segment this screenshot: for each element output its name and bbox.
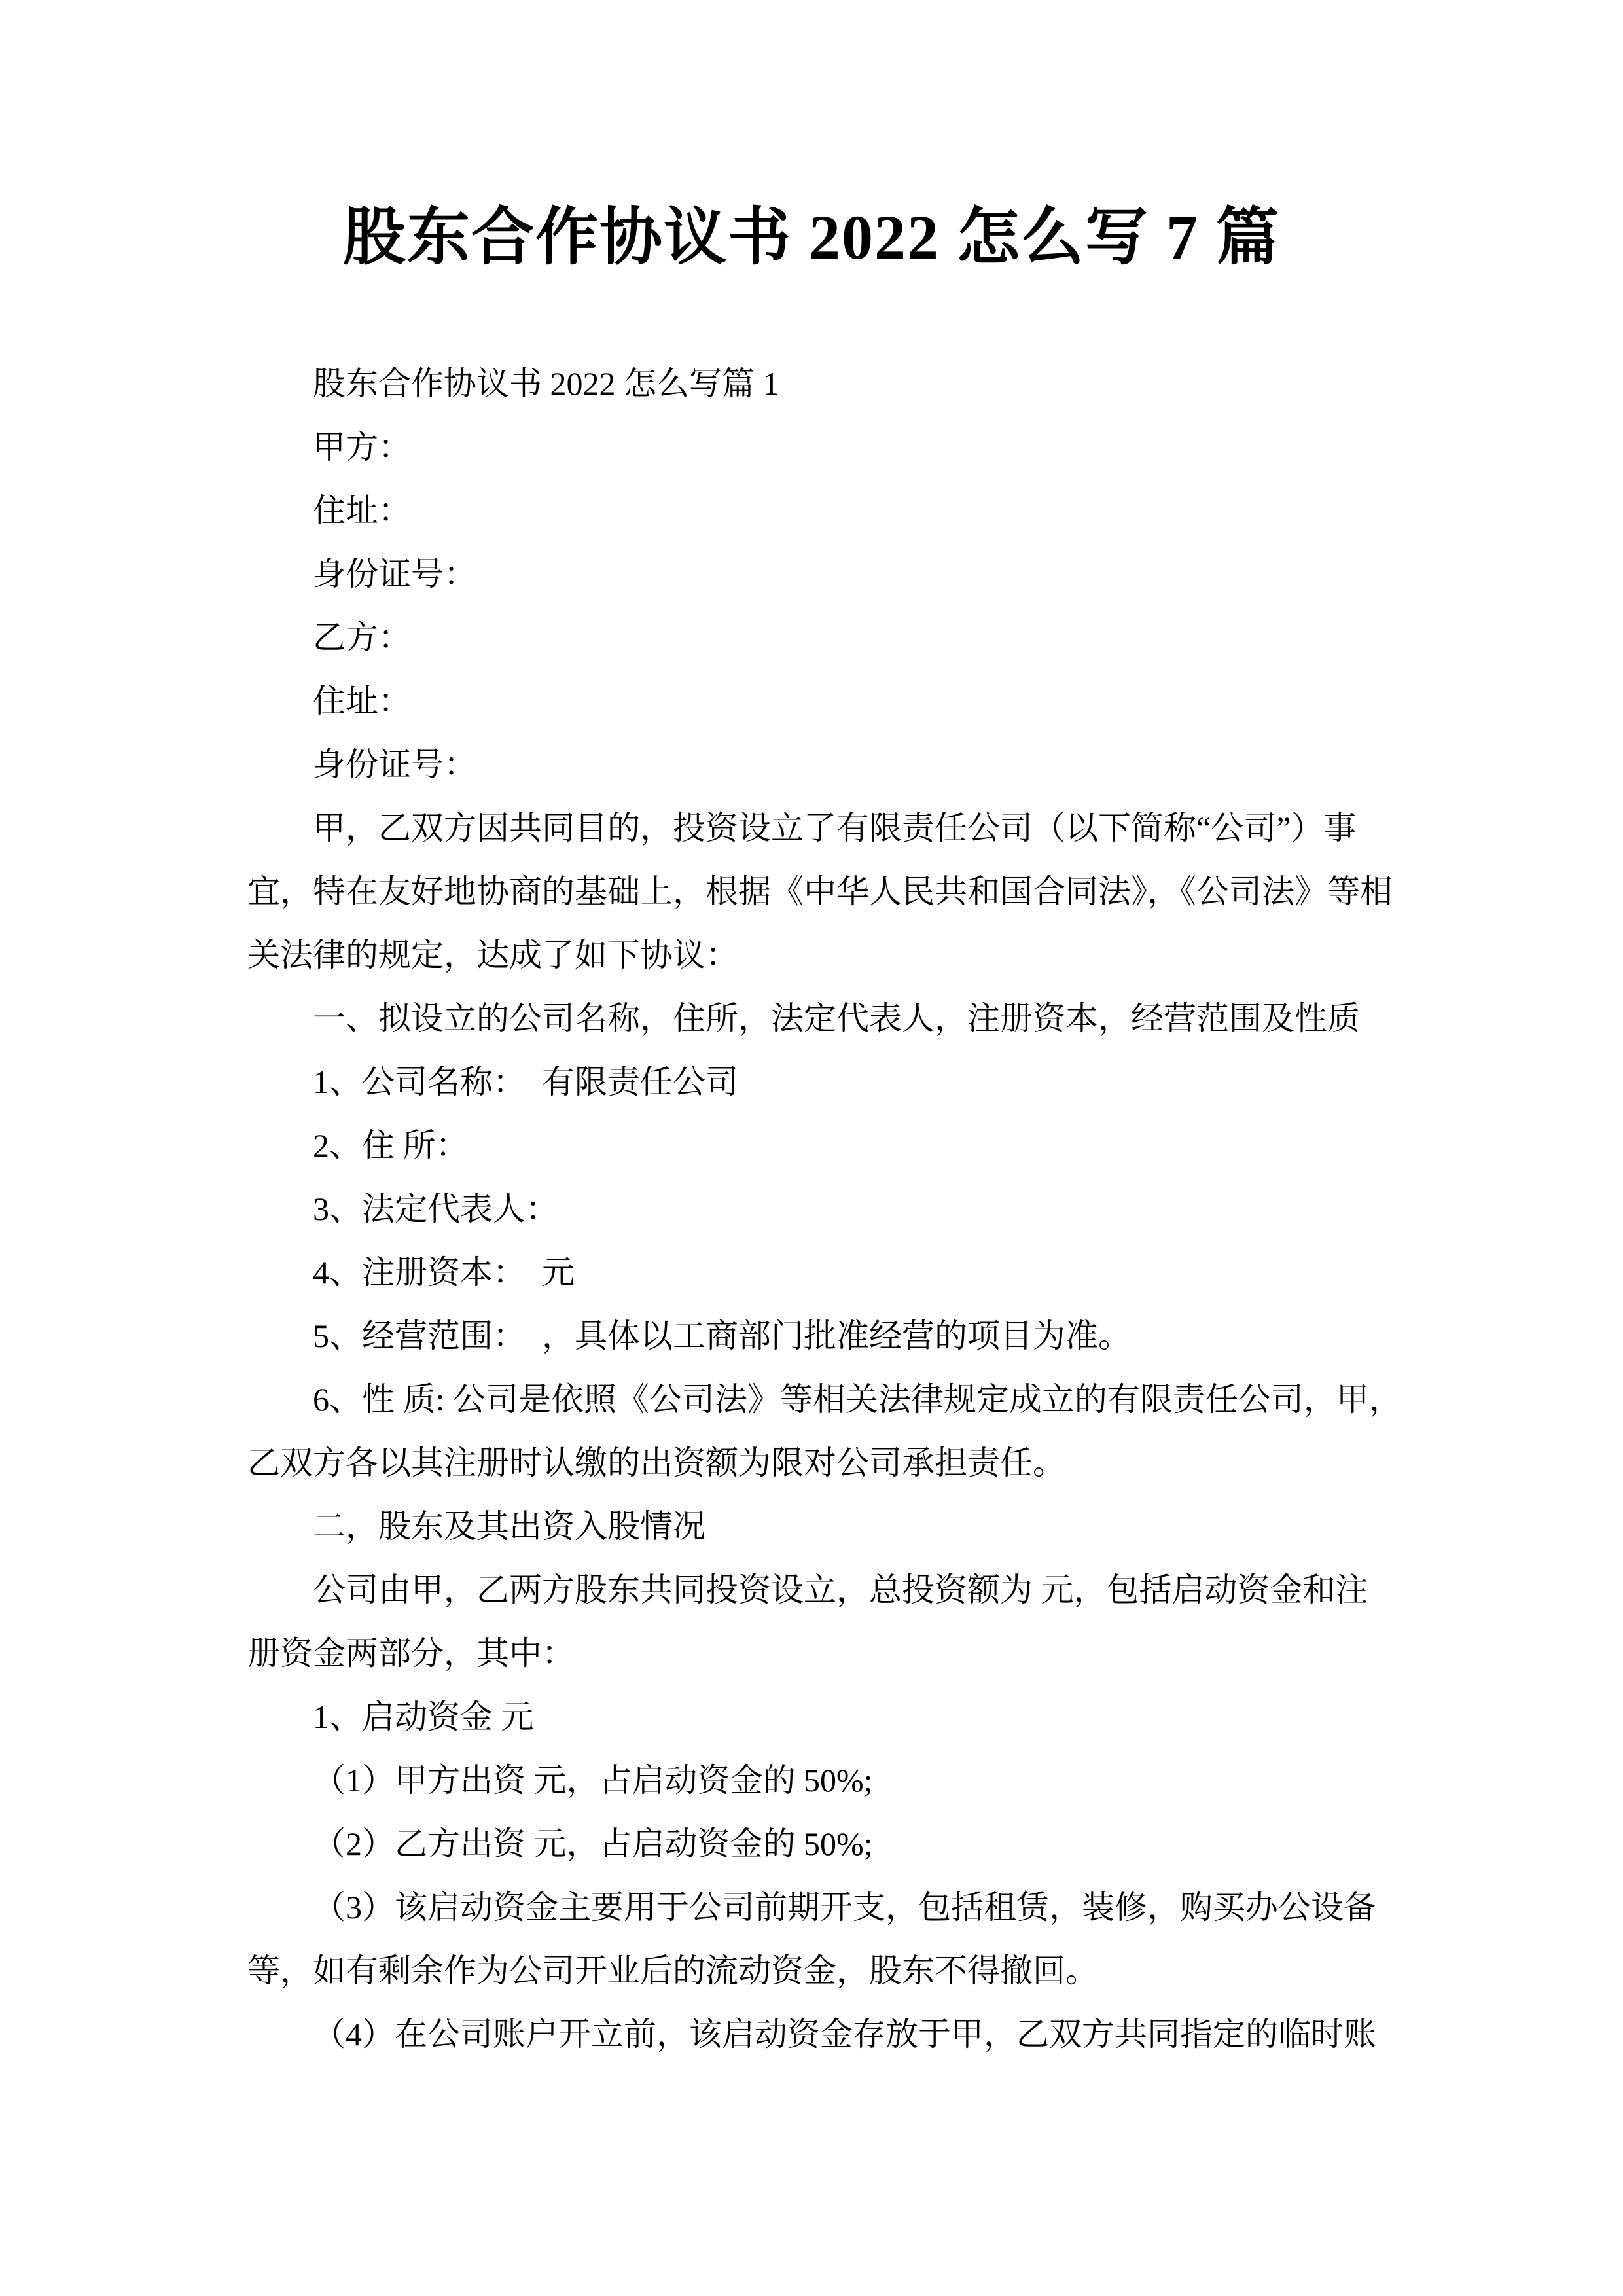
text-line: 3、法定代表人：: [247, 1177, 1399, 1241]
text-line: 住址：: [247, 479, 1399, 543]
text-line: 住址：: [247, 670, 1399, 733]
text-line: （2）乙方出资 元，占启动资金的 50%;: [247, 1812, 1399, 1876]
text-line: （1）甲方出资 元，占启动资金的 50%;: [247, 1749, 1399, 1812]
text-line: 甲方：: [247, 416, 1399, 479]
text-line: 股东合作协议书 2022 怎么写篇 1: [247, 352, 1399, 416]
text-line: 乙方：: [247, 606, 1399, 670]
text-line: 二，股东及其出资入股情况: [247, 1495, 1399, 1558]
text-line: 册资金两部分，其中：: [247, 1622, 1399, 1685]
text-line: 1、启动资金 元: [247, 1685, 1399, 1749]
text-line: 宜，特在友好地协商的基础上，根据《中华人民共和国合同法》，《公司法》等相: [247, 860, 1399, 924]
text-line: 身份证号：: [247, 543, 1399, 606]
text-line: 身份证号：: [247, 733, 1399, 797]
text-line: 5、经营范围： ，具体以工商部门批准经营的项目为准。: [247, 1304, 1399, 1368]
text-line: 乙双方各以其注册时认缴的出资额为限对公司承担责任。: [247, 1431, 1399, 1495]
text-line: （4）在公司账户开立前，该启动资金存放于甲，乙双方共同指定的临时账: [247, 2003, 1399, 2066]
document-title: 股东合作协议书 2022 怎么写 7 篇: [0, 188, 1623, 287]
text-line: 6、性 质: 公司是依照《公司法》等相关法律规定成立的有限责任公司，甲，: [247, 1368, 1399, 1431]
text-line: 关法律的规定，达成了如下协议：: [247, 924, 1399, 987]
document-body: 股东合作协议书 2022 怎么写篇 1甲方：住址：身份证号：乙方：住址：身份证号…: [247, 352, 1399, 2066]
text-line: 等，如有剩余作为公司开业后的流动资金，股东不得撤回。: [247, 1939, 1399, 2003]
document-page: 股东合作协议书 2022 怎么写 7 篇 股东合作协议书 2022 怎么写篇 1…: [0, 0, 1623, 2296]
text-line: （3）该启动资金主要用于公司前期开支，包括租赁，装修，购买办公设备: [247, 1876, 1399, 1939]
text-line: 1、公司名称： 有限责任公司: [247, 1050, 1399, 1114]
text-line: 公司由甲，乙两方股东共同投资设立，总投资额为 元，包括启动资金和注: [247, 1558, 1399, 1622]
text-line: 2、住 所：: [247, 1114, 1399, 1177]
text-line: 甲，乙双方因共同目的，投资设立了有限责任公司（以下简称“公司”）事: [247, 797, 1399, 860]
text-line: 一、拟设立的公司名称，住所，法定代表人，注册资本，经营范围及性质: [247, 987, 1399, 1050]
text-line: 4、注册资本： 元: [247, 1241, 1399, 1304]
